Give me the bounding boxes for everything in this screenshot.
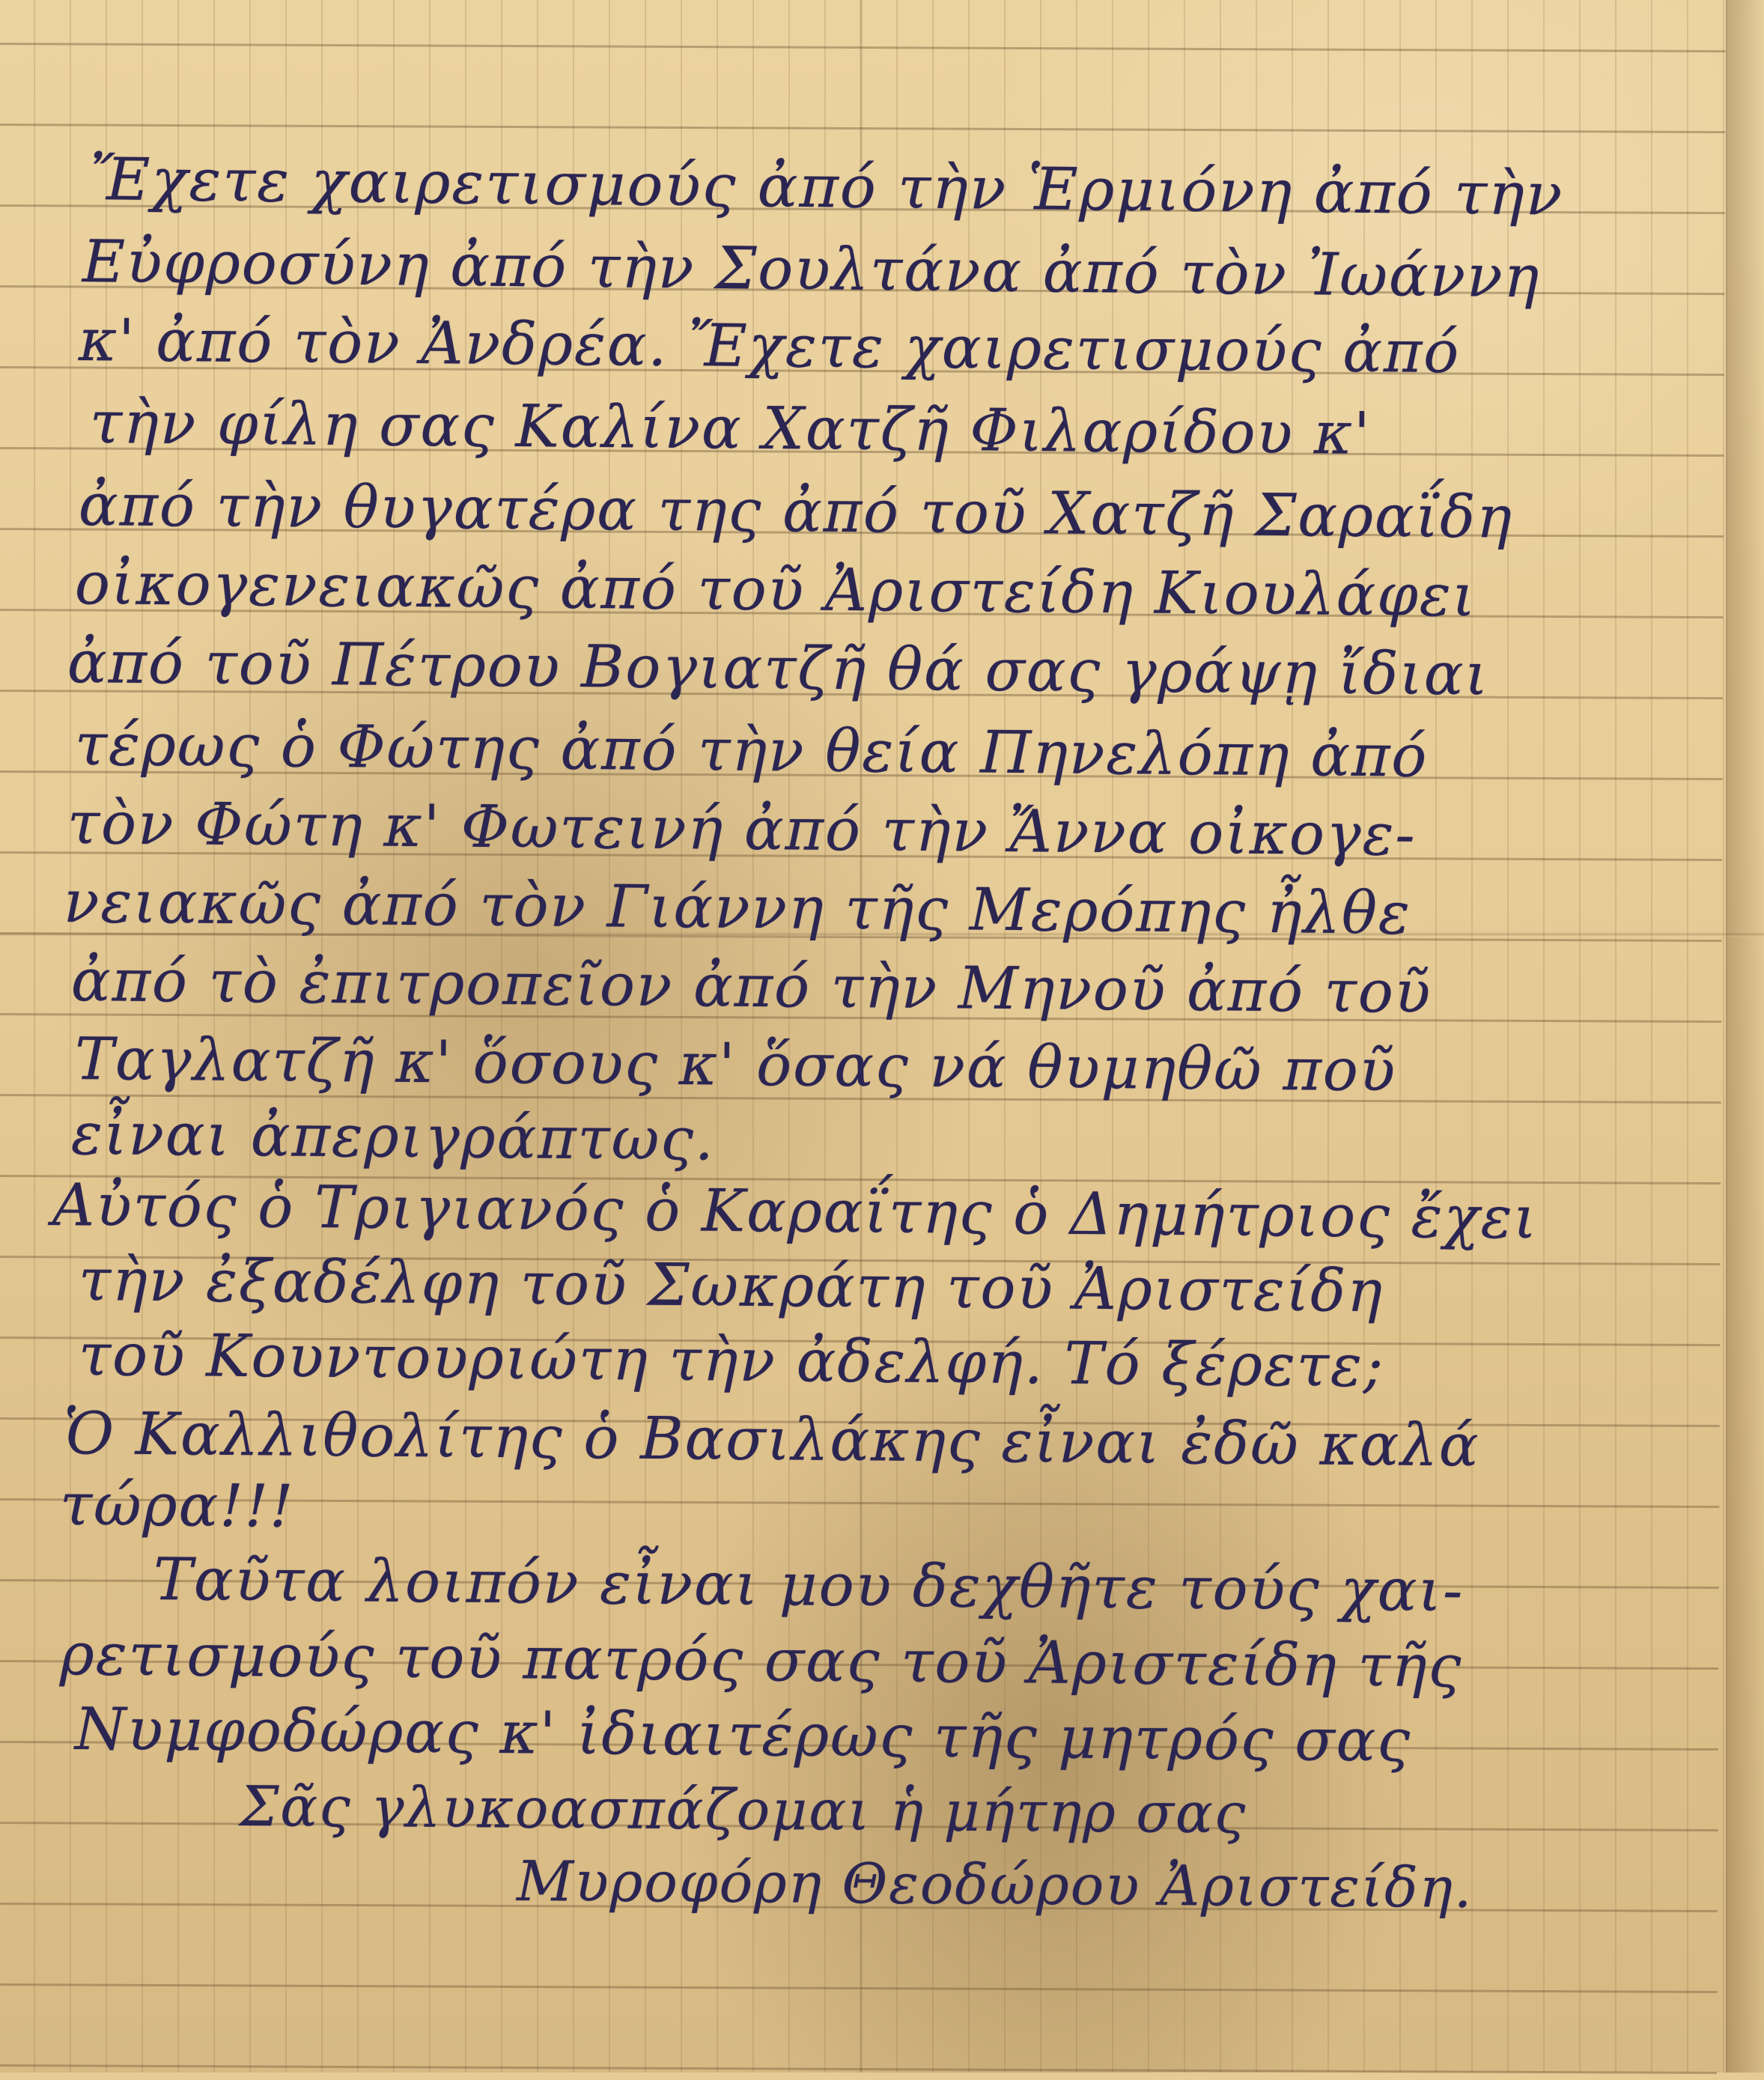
signature: Μυροφόρη Θεοδώρου Ἀριστείδη. bbox=[517, 1849, 1473, 1921]
letter-line: εἶναι ἀπεριγράπτως. bbox=[71, 1101, 716, 1173]
letter-line: ρετισμούς τοῦ πατρός σας τοῦ Ἀριστείδη τ… bbox=[60, 1621, 1463, 1700]
letter-line: Νυμφοδώρας κ' ἰδιαιτέρως τῆς μητρός σας bbox=[75, 1696, 1412, 1775]
letter-line: τέρως ὁ Φώτης ἀπό τὴν θεία Πηνελόπη ἀπό bbox=[75, 711, 1429, 791]
letter-line: τὸν Φώτη κ' Φωτεινή ἀπό τὴν Ἄννα οἰκογε- bbox=[67, 790, 1417, 869]
letter-line: τὴν φίλη σας Καλίνα Χατζῆ Φιλαρίδου κ' bbox=[90, 389, 1372, 468]
letter-line: τὴν ἐξαδέλφη τοῦ Σωκράτη τοῦ Ἀριστείδη bbox=[79, 1247, 1384, 1325]
letter-line: Αὐτός ὁ Τριγιανός ὁ Καραΐτης ὁ Δημήτριος… bbox=[52, 1172, 1539, 1252]
letter-line: κ' ἀπό τὸν Ἀνδρέα. Ἔχετε χαιρετισμούς ἀπ… bbox=[79, 307, 1461, 386]
letter-line: οἰκογενειακῶς ἀπό τοῦ Ἀριστείδη Κιουλάφε… bbox=[75, 550, 1477, 630]
letter-line: Εὐφροσύνη ἀπό τὴν Σουλτάνα ἀπό τὸν Ἰωάνν… bbox=[82, 228, 1541, 311]
letter-line: ἀπό τοῦ Πέτρου Βογιατζῆ θά σας γράψῃ ἴδι… bbox=[67, 629, 1490, 709]
closing-line: Σᾶς γλυκοασπάζομαι ἡ μήτηρ σας bbox=[240, 1775, 1247, 1846]
letter-line: Ταγλατζῆ κ' ὅσους κ' ὅσας νά θυμηθῶ ποῦ bbox=[75, 1026, 1397, 1104]
letter-line: τοῦ Κουντουριώτη τὴν ἀδελφή. Τό ξέρετε; bbox=[79, 1322, 1385, 1400]
letter-line: ἀπό τὴν θυγατέρα της ἀπό τοῦ Χατζῆ Σαραΐ… bbox=[79, 472, 1514, 552]
letter-line: Ταῦτα λοιπόν εἶναι μου δεχθῆτε τούς χαι- bbox=[153, 1546, 1465, 1625]
letter-line: νειακῶς ἀπό τὸν Γιάννη τῆς Μερόπης ἦλθε bbox=[64, 869, 1412, 948]
letter-line: Ἔχετε χαιρετισμούς ἀπό τὴν Ἑρμιόνη ἀπό τ… bbox=[90, 146, 1564, 229]
letter-line: ἀπό τὸ ἐπιτροπεῖον ἀπό τὴν Μηνοῦ ἀπό τοῦ bbox=[71, 947, 1432, 1027]
letter-line: τώρα!!! bbox=[60, 1471, 295, 1541]
letter-body: Ἔχετε χαιρετισμούς ἀπό τὴν Ἑρμιόνη ἀπό τ… bbox=[0, 0, 1764, 2073]
letter-line: Ὁ Καλλιθολίτης ὁ Βασιλάκης εἶναι ἐδῶ καλ… bbox=[64, 1400, 1480, 1480]
